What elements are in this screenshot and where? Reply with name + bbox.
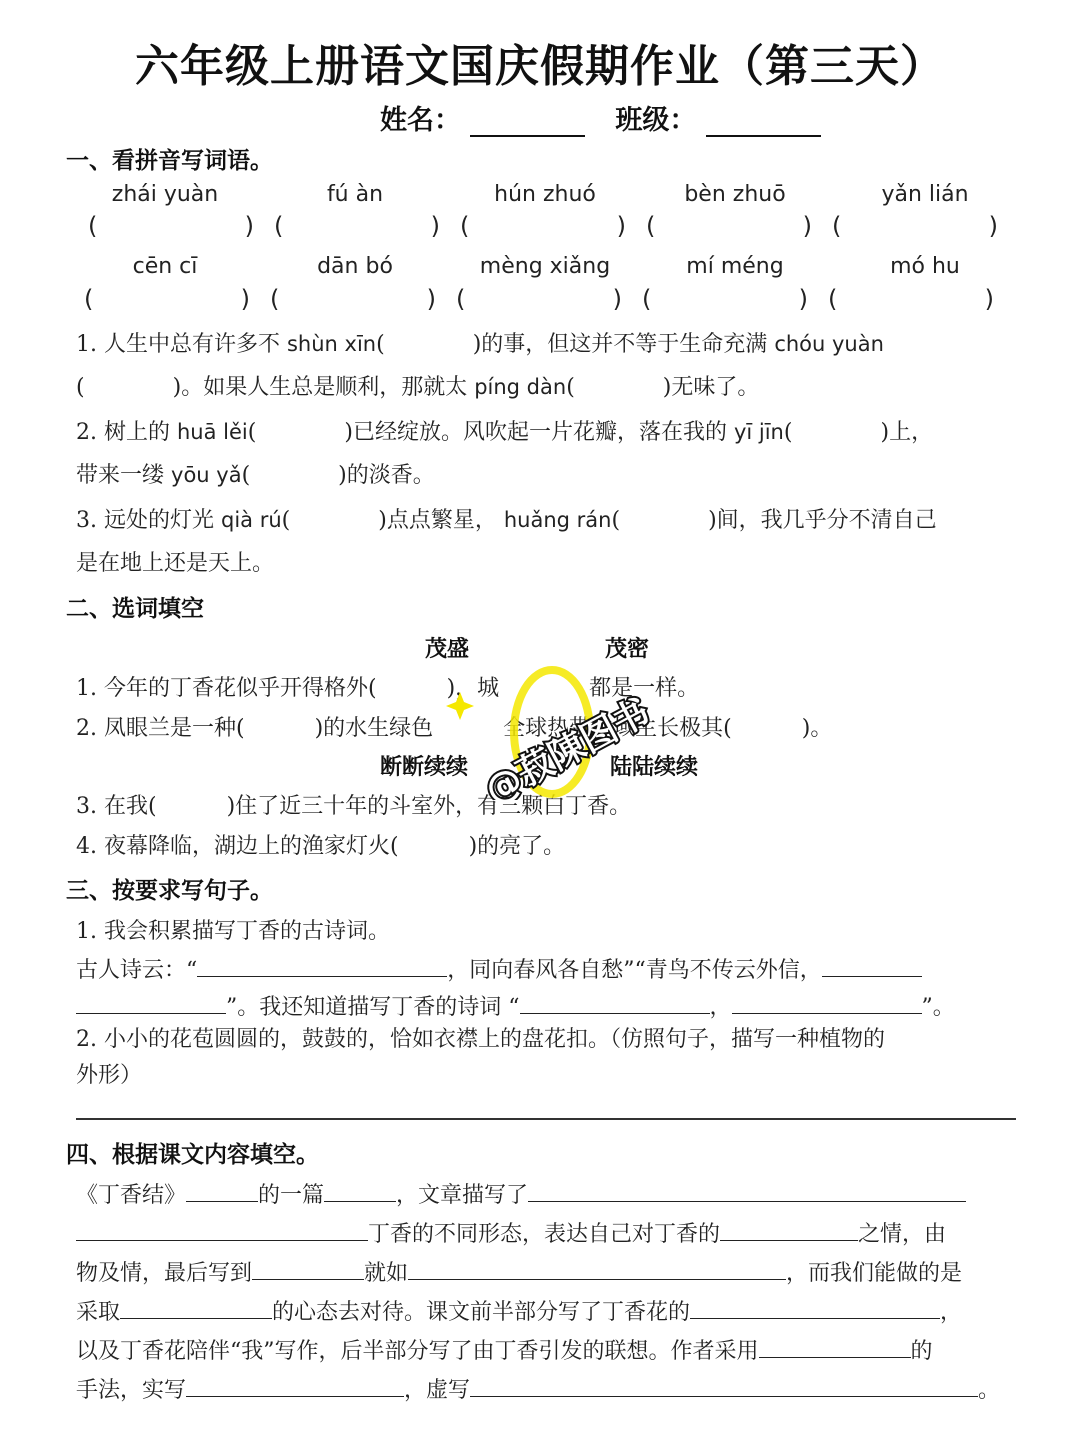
worksheet-page: 六年级上册语文国庆假期作业（第三天） 姓名： 班级： 一、看拼音写词语。 zhá… — [0, 0, 1080, 1440]
page-title: 六年级上册语文国庆假期作业（第三天） — [0, 30, 1080, 94]
text: 的淡香。 — [347, 463, 435, 488]
text: )的亮了。 — [469, 834, 566, 859]
fill-blank[interactable] — [76, 993, 226, 1014]
paren-blank[interactable]: () — [76, 375, 181, 400]
text: 3. 在我( — [76, 794, 157, 819]
s1-q2-line1: 2. 树上的 huā lěi()已经绽放。风吹起一片花瓣，落在我的 yī jīn… — [76, 415, 933, 446]
paren-blank[interactable]: () — [376, 332, 481, 357]
fill-blank[interactable] — [732, 993, 922, 1014]
paren-open: ( — [84, 285, 93, 313]
s3-q2-line1: 2. 小小的花苞圆圆的，鼓鼓的，恰如衣襟上的盘花扣。（仿照句子，描写一种植物的 — [76, 1022, 885, 1053]
section-3-heading: 三、按要求写句子。 — [66, 872, 273, 905]
pinyin: shùn xīn — [287, 332, 376, 356]
answer-box[interactable]: () — [824, 212, 1010, 240]
text: 的一篇 — [258, 1183, 324, 1208]
paren-open: ( — [642, 285, 651, 313]
text: 古人诗云：“ — [76, 958, 197, 983]
s1-q3-line2: 是在地上还是天上。 — [76, 546, 274, 577]
fill-blank[interactable] — [528, 1181, 966, 1202]
paren-close: ) — [241, 285, 250, 313]
fill-blank[interactable] — [822, 956, 922, 977]
pinyin-item: dān bó — [260, 254, 450, 279]
paren-close: ) — [803, 212, 812, 240]
s4-line3: 物及情，最后写到就如，而我们能做的是 — [76, 1256, 962, 1287]
answer-box[interactable]: () — [820, 285, 1006, 313]
s1-q1-line2: ()。如果人生总是顺利，那就太 píng dàn()无味了。 — [76, 370, 759, 401]
s4-line1: 《丁香结》的一篇，文章描写了 — [76, 1178, 966, 1209]
s4-line4: 采取的心态去对待。课文前半部分写了丁香花的， — [76, 1295, 962, 1326]
text: ”。 — [922, 995, 955, 1020]
pinyin: huǎng rán — [504, 508, 612, 532]
text: ，虚写 — [404, 1378, 470, 1403]
paren-blank[interactable]: () — [566, 375, 671, 400]
paren-close: ) — [799, 285, 808, 313]
answer-box[interactable]: () — [634, 285, 820, 313]
name-field[interactable]: 姓名： — [380, 98, 585, 137]
fill-blank[interactable] — [197, 956, 447, 977]
paren-close: ) — [617, 212, 626, 240]
text: 《丁香结》 — [76, 1183, 186, 1208]
s3-q1-line2: ”。我还知道描写丁香的诗词 “，”。 — [76, 990, 955, 1021]
text: 就如 — [364, 1261, 408, 1286]
watermark: @菽陳图书 — [440, 660, 660, 800]
paren-open: ( — [646, 212, 655, 240]
paren-open: ( — [270, 285, 279, 313]
text: 的 — [911, 1339, 933, 1364]
text: ， — [940, 1300, 962, 1325]
fill-blank[interactable] — [690, 1298, 940, 1319]
section-2-heading: 二、选词填空 — [66, 590, 204, 623]
pinyin-item: cēn cī — [70, 254, 260, 279]
pinyin-item: hún zhuó — [450, 182, 640, 207]
text: 。如果人生总是顺利，那就太 — [181, 375, 467, 400]
answer-box[interactable]: () — [76, 285, 262, 313]
word-choice: 茂盛 — [425, 632, 469, 663]
answer-box[interactable]: () — [448, 285, 634, 313]
text: 上， — [889, 420, 933, 445]
s4-line5: 以及丁香花陪伴“我”写作，后半部分写了由丁香引发的联想。作者采用的 — [76, 1334, 933, 1365]
paren-close: ) — [985, 285, 994, 313]
pinyin: huā lěi — [177, 420, 248, 444]
text: 点点繁星， — [387, 508, 497, 533]
fill-blank[interactable] — [520, 993, 710, 1014]
pinyin: yōu yǎ — [171, 463, 242, 487]
text: 手法，实写 — [76, 1378, 186, 1403]
pinyin-item: mèng xiǎng — [450, 254, 640, 279]
paren-blank[interactable]: () — [248, 420, 353, 445]
s3-q1-title: 1. 我会积累描写丁香的古诗词。 — [76, 914, 390, 945]
text: 的心态去对待。课文前半部分写了丁香花的 — [272, 1300, 690, 1325]
pinyin: yī jīn — [734, 420, 784, 444]
paren-open: ( — [274, 212, 283, 240]
paren-open: ( — [456, 285, 465, 313]
s4-line6: 手法，实写，虚写。 — [76, 1373, 1000, 1404]
answer-box[interactable]: () — [262, 285, 448, 313]
class-label: 班级： — [615, 105, 696, 136]
text: 的事，但这并不等于生命充满 — [481, 332, 767, 357]
text: )的水生绿色 — [315, 716, 434, 741]
pinyin-item: mó hu — [830, 254, 1020, 279]
text: 2. 树上的 — [76, 420, 170, 445]
text: 。 — [978, 1378, 1000, 1403]
text: ”。我还知道描写丁香的诗词 “ — [226, 995, 520, 1020]
s3-q2-line2: 外形） — [76, 1058, 142, 1089]
answer-box[interactable]: () — [266, 212, 452, 240]
pinyin-item: mí méng — [640, 254, 830, 279]
s1-q2-line2: 带来一缕 yōu yǎ()的淡香。 — [76, 458, 435, 489]
name-blank[interactable] — [470, 109, 585, 137]
s4-line2: 丁香的不同形态，表达自己对丁香的之情，由 — [76, 1217, 946, 1248]
paren-close: ) — [989, 212, 998, 240]
answer-box[interactable]: () — [80, 212, 266, 240]
text: )。 — [802, 716, 833, 741]
text: ， — [710, 995, 732, 1020]
answer-line[interactable] — [76, 1118, 1016, 1120]
fill-blank[interactable] — [470, 1376, 978, 1397]
paren-close: ) — [613, 285, 622, 313]
fill-blank[interactable] — [186, 1376, 404, 1397]
paren-blank[interactable]: () — [784, 420, 889, 445]
fill-blank[interactable] — [252, 1259, 364, 1280]
paren-close: ) — [245, 212, 254, 240]
class-field[interactable]: 班级： — [615, 98, 820, 137]
text: 1. 人生中总有许多不 — [76, 332, 280, 357]
name-label: 姓名： — [380, 105, 461, 136]
fill-blank[interactable] — [324, 1181, 396, 1202]
pinyin-row-1: zhái yuàn fú àn hún zhuó bèn zhuō yǎn li… — [70, 182, 1020, 207]
pinyin: píng dàn — [474, 375, 566, 399]
section-4-heading: 四、根据课文内容填空。 — [66, 1136, 319, 1169]
fill-blank[interactable] — [408, 1259, 786, 1280]
answer-box[interactable]: () — [452, 212, 638, 240]
text: 带来一缕 — [76, 463, 164, 488]
paren-open: ( — [832, 212, 841, 240]
text: 丁香的不同形态，表达自己对丁香的 — [368, 1222, 720, 1247]
text: ，而我们能做的是 — [786, 1261, 962, 1286]
pinyin: chóu yuàn — [774, 332, 884, 356]
student-info-row: 姓名： 班级： — [380, 98, 821, 137]
pinyin-item: yǎn lián — [830, 182, 1020, 207]
section-1-heading: 一、看拼音写词语。 — [66, 142, 273, 175]
paren-open: ( — [88, 212, 97, 240]
s3-q1-line1: 古人诗云：“，同向春风各自愁”“青鸟不传云外信， — [76, 953, 922, 984]
text: 2. 凤眼兰是一种( — [76, 716, 245, 741]
text: 物及情，最后写到 — [76, 1261, 252, 1286]
paren-blank[interactable]: () — [242, 463, 347, 488]
text: 采取 — [76, 1300, 120, 1325]
paren-open: ( — [828, 285, 837, 313]
text: ，文章描写了 — [396, 1183, 528, 1208]
paren-blank[interactable]: () — [611, 508, 716, 533]
text: 4. 夜幕降临，湖边上的渔家灯火( — [76, 834, 399, 859]
fill-blank[interactable] — [76, 1220, 368, 1241]
watermark-ring-icon: @菽陳图书 — [440, 660, 660, 800]
text: 无味了。 — [671, 375, 759, 400]
s1-q1-line1: 1. 人生中总有许多不 shùn xīn()的事，但这并不等于生命充满 chóu… — [76, 327, 884, 358]
fill-blank[interactable] — [120, 1298, 272, 1319]
text: 1. 今年的丁香花似乎开得格外( — [76, 676, 377, 701]
text: 3. 远处的灯光 — [76, 508, 214, 533]
pinyin-item: bèn zhuō — [640, 182, 830, 207]
paren-close: ) — [427, 285, 436, 313]
text: 之情，由 — [858, 1222, 946, 1247]
pinyin-item: fú àn — [260, 182, 450, 207]
text: 以及丁香花陪伴“我”写作，后半部分写了由丁香引发的联想。作者采用 — [76, 1339, 759, 1364]
fill-blank[interactable] — [186, 1181, 258, 1202]
pinyin-item: zhái yuàn — [70, 182, 260, 207]
paren-open: ( — [460, 212, 469, 240]
word-choice: 茂密 — [605, 632, 649, 663]
text: ，同向春风各自愁”“青鸟不传云外信， — [447, 958, 822, 983]
pinyin-row-2: cēn cī dān bó mèng xiǎng mí méng mó hu — [70, 254, 1020, 279]
answer-box[interactable]: () — [638, 212, 824, 240]
answer-row-2: () () () () () — [76, 285, 1006, 313]
class-blank[interactable] — [706, 109, 821, 137]
text: 间，我几乎分不清自己 — [717, 508, 937, 533]
pinyin: qià rú — [221, 508, 282, 532]
fill-blank[interactable] — [720, 1220, 858, 1241]
answer-row-1: () () () () () — [80, 212, 1010, 240]
paren-close: ) — [431, 212, 440, 240]
s2-q4: 4. 夜幕降临，湖边上的渔家灯火()的亮了。 — [76, 829, 565, 860]
text: 已经绽放。风吹起一片花瓣，落在我的 — [353, 420, 727, 445]
paren-blank[interactable]: () — [282, 508, 387, 533]
fill-blank[interactable] — [759, 1337, 911, 1358]
s1-q3-line1: 3. 远处的灯光 qià rú()点点繁星， huǎng rán()间，我几乎分… — [76, 503, 937, 534]
